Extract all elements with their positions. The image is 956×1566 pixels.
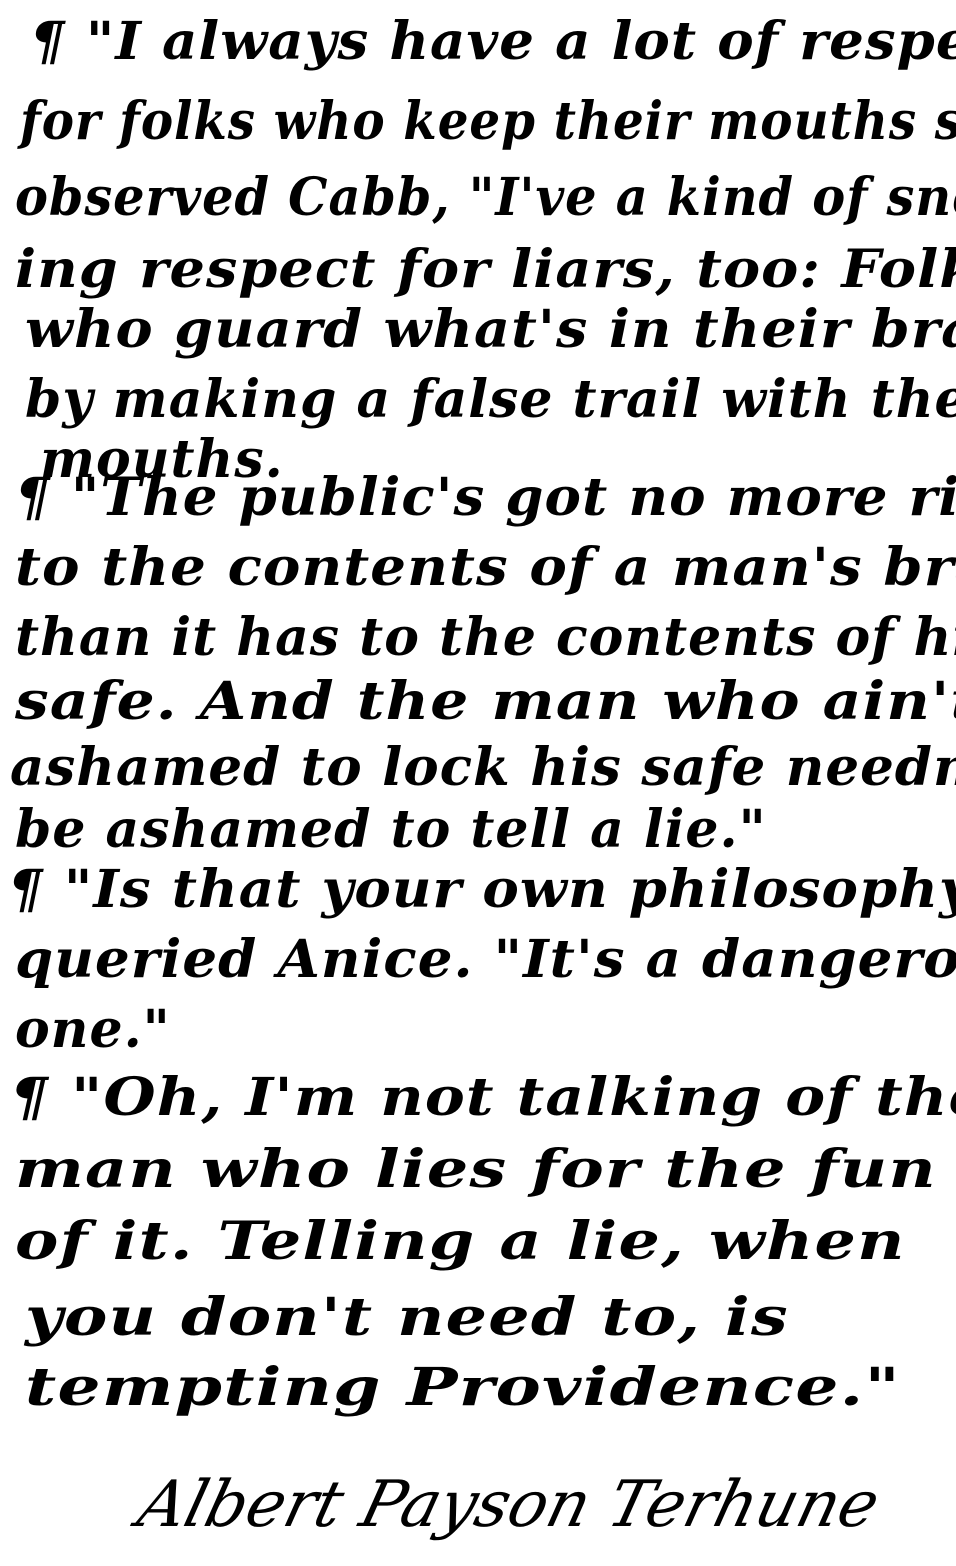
manuscript-line: one." — [15, 1000, 171, 1060]
manuscript-line: of it. Telling a lie, when — [15, 1212, 906, 1272]
manuscript-line: ¶ "I always have a lot of respect — [30, 12, 956, 72]
manuscript-line: observed Cabb, "I've a kind of sneak- — [15, 168, 956, 228]
manuscript-page: ¶ "I always have a lot of respect for fo… — [0, 0, 956, 1566]
manuscript-line: ¶ "Oh, I'm not talking of the — [10, 1068, 956, 1128]
manuscript-line: for folks who keep their mouths shut," — [20, 92, 956, 152]
author-signature: Albert Payson Terhune — [131, 1470, 886, 1540]
manuscript-line: to the contents of a man's brain — [15, 538, 956, 598]
manuscript-line: by making a false trail with their — [25, 370, 956, 430]
manuscript-line: ashamed to lock his safe needn't — [10, 738, 956, 798]
manuscript-line: ¶ "The public's got no more right — [15, 468, 956, 528]
manuscript-line: who guard what's in their brains — [25, 300, 956, 360]
manuscript-line: be ashamed to tell a lie." — [15, 800, 767, 860]
manuscript-line: tempting Providence." — [25, 1358, 901, 1418]
manuscript-line: queried Anice. "It's a dangerous — [15, 930, 956, 990]
manuscript-line: safe. And the man who ain't — [15, 672, 956, 732]
manuscript-line: you don't need to, is — [25, 1288, 789, 1348]
manuscript-line: ¶ "Is that your own philosophy?" — [8, 860, 956, 920]
manuscript-line: ing respect for liars, too: Folks — [15, 240, 956, 300]
manuscript-line: than it has to the contents of his — [15, 608, 956, 668]
manuscript-line: man who lies for the fun — [15, 1140, 937, 1200]
